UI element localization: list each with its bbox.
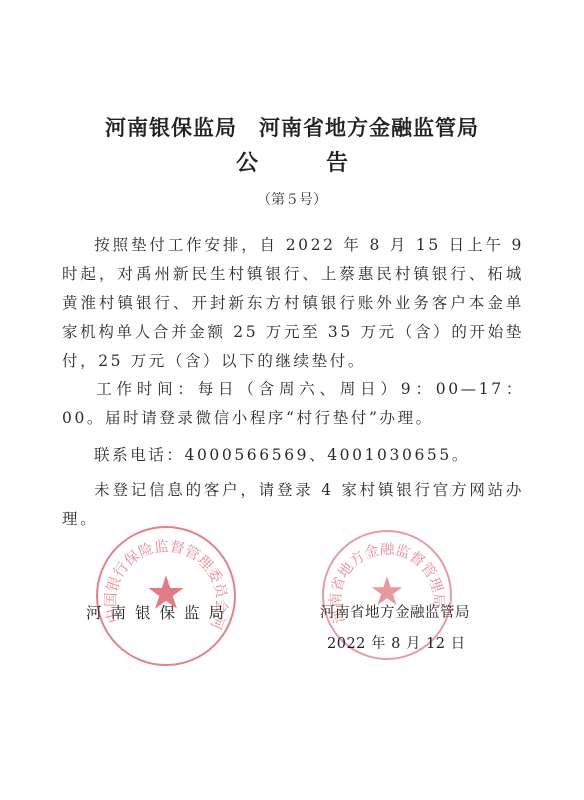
paragraph-text: 按照垫付工作安排，自 2022 年 8 月 15 日上午 9 时起，对禹州新民生…	[62, 236, 524, 370]
paragraph-text: 未登记信息的客户，请登录 4 家村镇银行官方网站办理。	[62, 481, 524, 528]
paragraph-unregistered: 未登记信息的客户，请登录 4 家村镇银行官方网站办理。	[62, 476, 524, 534]
paragraph-arrangement: 按照垫付工作安排，自 2022 年 8 月 15 日上午 9 时起，对禹州新民生…	[62, 231, 524, 376]
signature-right: 河南省地方金融监管局	[320, 601, 470, 622]
paragraph-working-hours: 工作时间：每日（含周六、周日）9：00—17：00。届时请登录微信小程序“村行垫…	[62, 375, 524, 433]
paragraph-text: 联系电话：4000566569、4001030655。	[94, 446, 470, 464]
paragraph-contact-phone: 联系电话：4000566569、4001030655。	[62, 441, 524, 470]
issuer-1: 河南银保监局	[105, 116, 237, 140]
signature-left: 河南银保监局	[86, 601, 233, 623]
issuers-title: 河南银保监局河南省地方金融监管局	[0, 112, 584, 142]
doc-number: （第５号）	[0, 189, 584, 209]
doc-type-title: 公告	[0, 146, 584, 177]
paragraph-text: 工作时间：每日（含周六、周日）9：00—17：00。届时请登录微信小程序“村行垫…	[62, 380, 524, 427]
doc-type-char-2: 告	[326, 146, 348, 177]
issuer-2: 河南省地方金融监管局	[259, 116, 479, 140]
official-seal-left: 中国银行保险监督管理委员会河南监管局 ★	[96, 526, 236, 666]
doc-type-char-1: 公	[236, 146, 258, 177]
issue-date: 2022 年 8 月 12 日	[327, 632, 466, 653]
